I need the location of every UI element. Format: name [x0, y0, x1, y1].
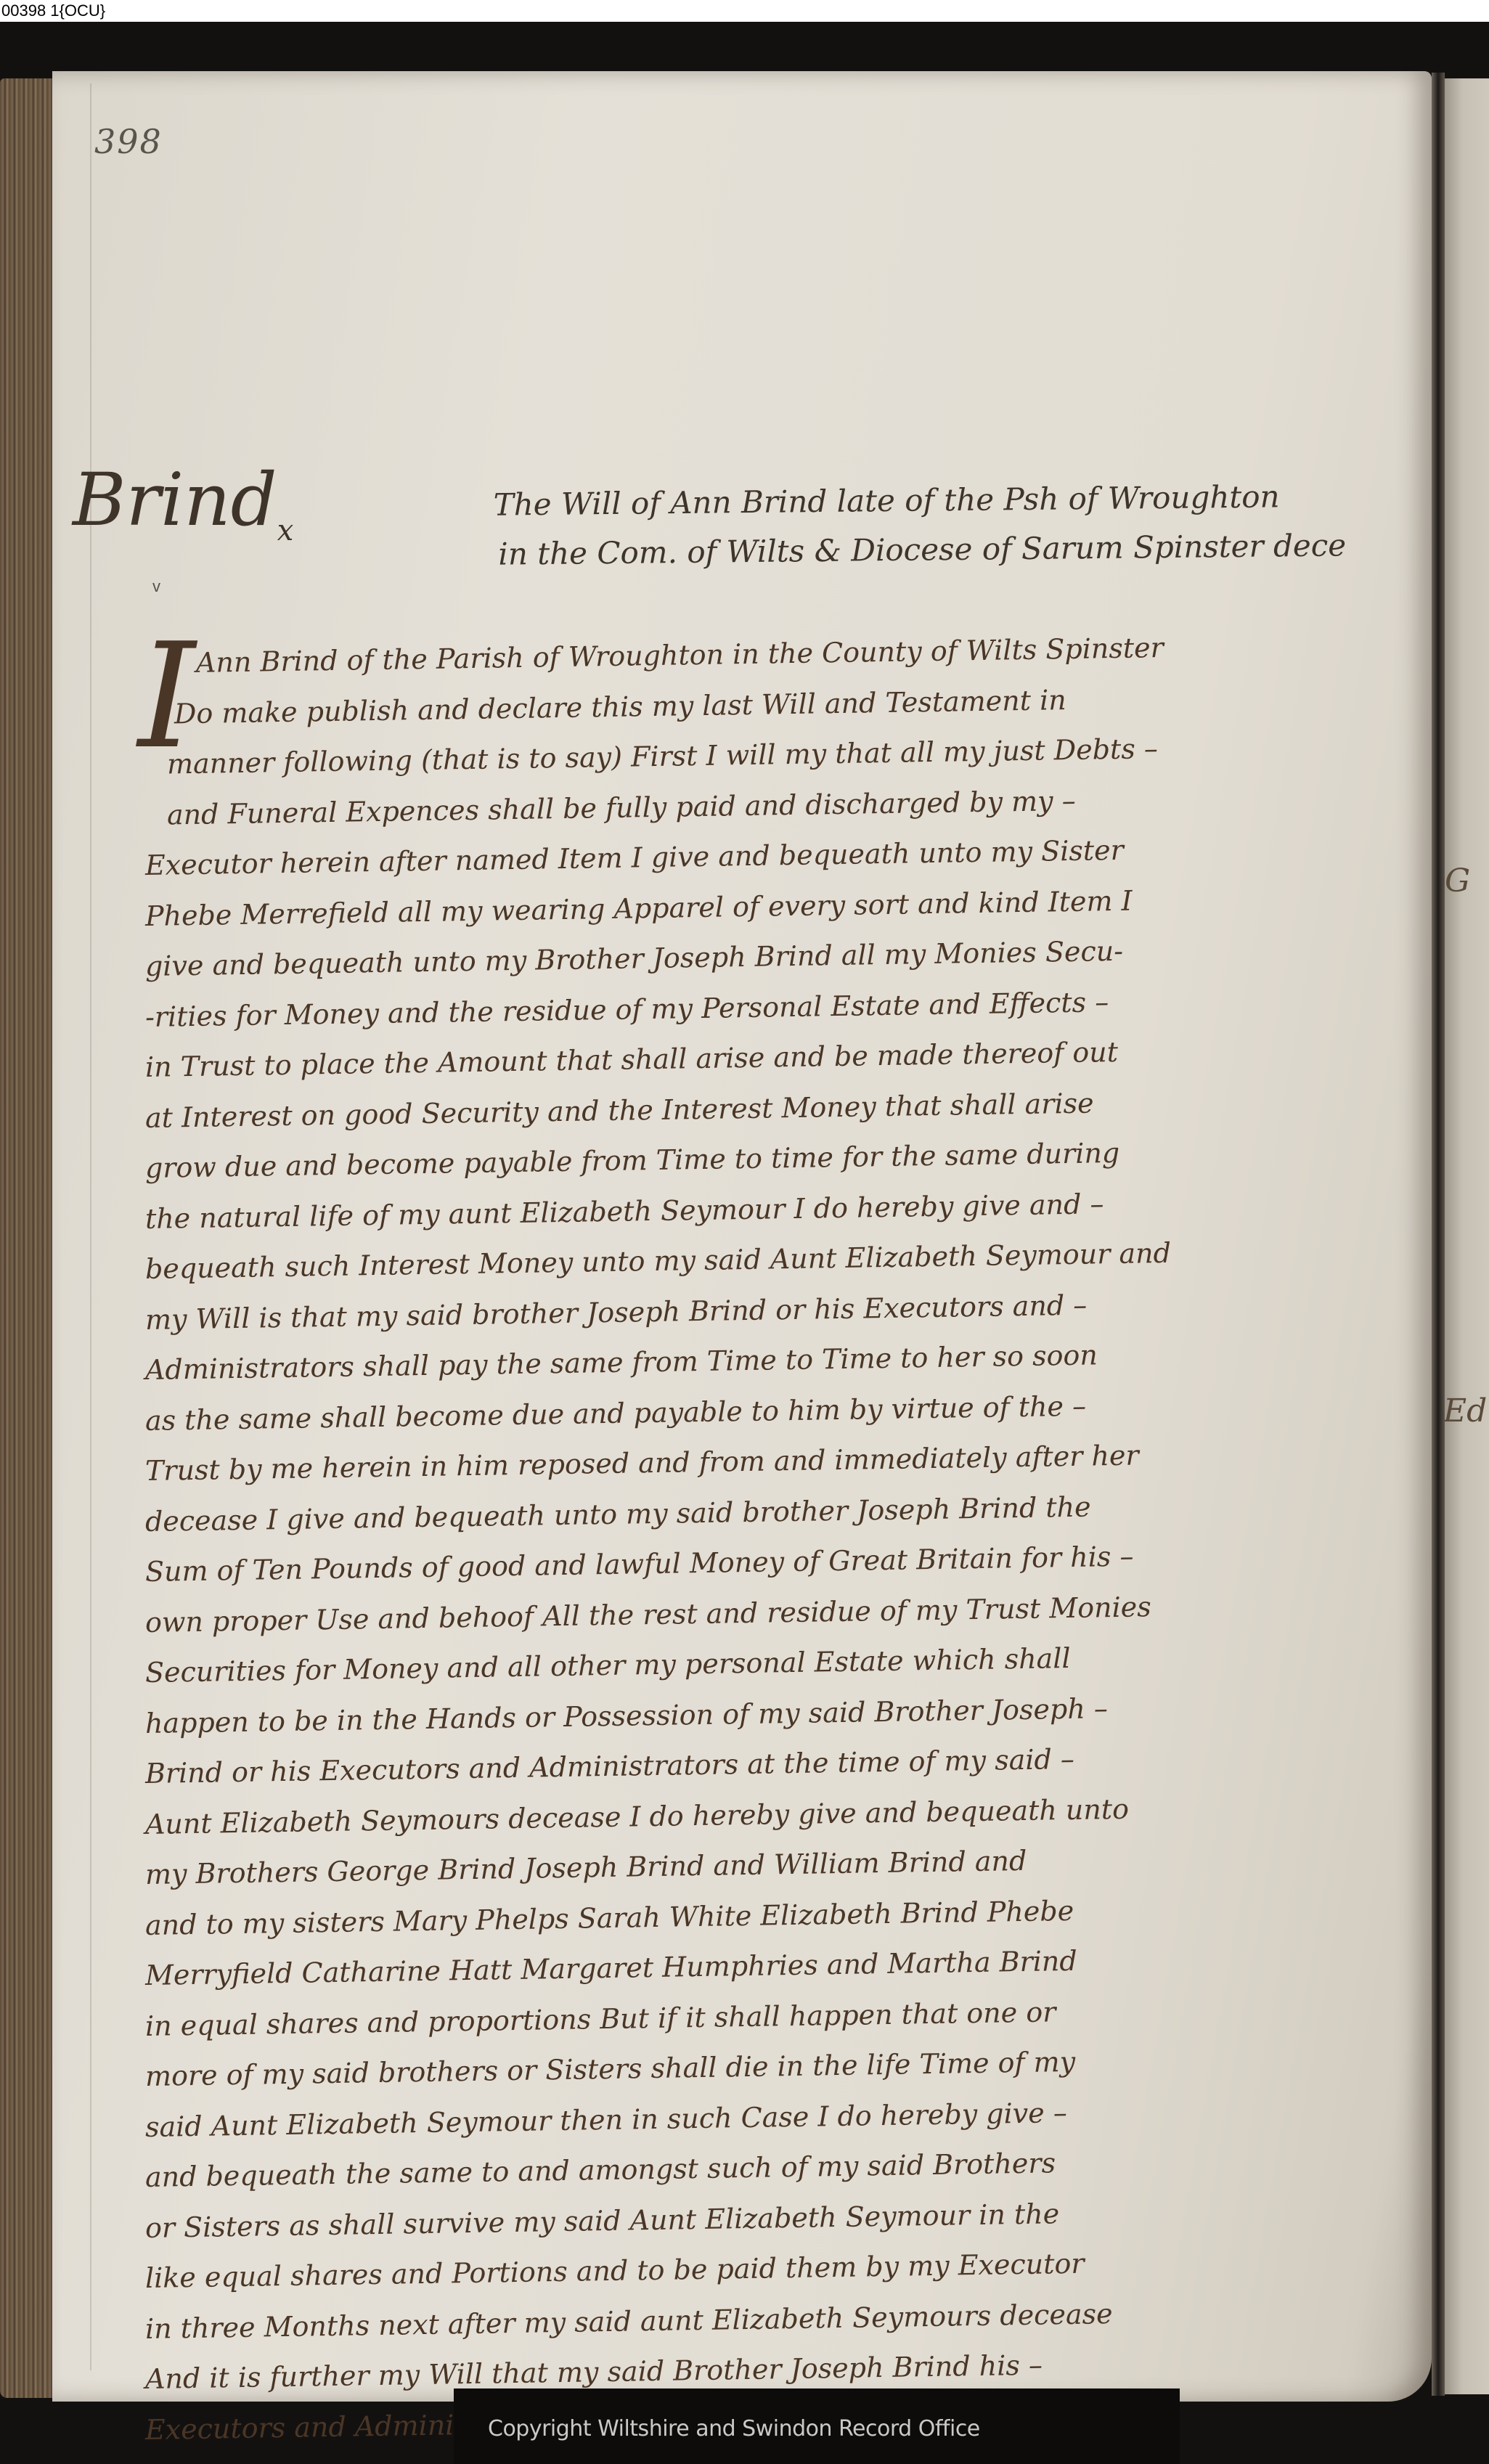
will-body-text: Ann Brind of the Parish of Wroughton in … — [145, 639, 1423, 2455]
folio-number: 398 — [94, 122, 163, 161]
tick-mark: v — [152, 577, 160, 596]
margin-mark: x — [277, 514, 294, 547]
will-heading: The Will of Ann Brind late of the Psh of… — [493, 470, 1423, 579]
copyright-notice: Copyright Wiltshire and Swindon Record O… — [488, 2416, 980, 2441]
margin-surname: Brindx — [73, 457, 293, 547]
facing-page-fragment: G — [1445, 862, 1470, 899]
book-gutter — [1432, 73, 1445, 2396]
facing-page-fragment: Edm — [1443, 1392, 1489, 1429]
image-id-label: 00398 1{OCU} — [0, 0, 1489, 22]
book-page-edges — [0, 78, 52, 2398]
facing-page: G Edm — [1445, 78, 1489, 2394]
heading-line: in the Com. of Wilts & Diocese of Sarum … — [498, 520, 1424, 579]
surname-text: Brind — [73, 457, 277, 542]
ruled-margin-line — [90, 83, 91, 2370]
